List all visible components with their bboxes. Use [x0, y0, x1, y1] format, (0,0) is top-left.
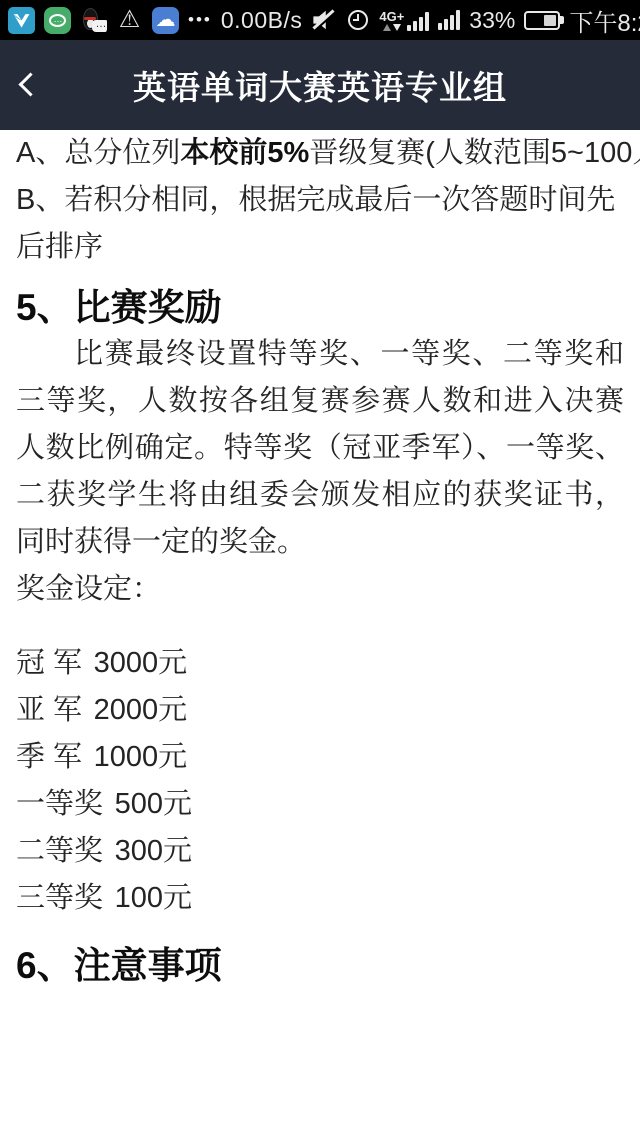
prize-rank: 亚 军: [16, 694, 82, 726]
qq-app-icon: …: [80, 7, 107, 34]
rule-a-bold-text: 本校前5%: [180, 137, 309, 169]
prize-rank: 二等奖: [16, 835, 103, 867]
prize-settings-label: 奖金设定：: [16, 566, 624, 613]
prize-description-paragraph: 比赛最终设置特等奖、一等奖、二等奖和三等奖，人数按各组复赛参赛人数和进入决赛人数…: [16, 331, 624, 566]
nav-bar: 英语单词大赛英语专业组: [0, 40, 640, 130]
network-speed-text: 0.00B/s: [221, 7, 303, 34]
prize-amount: 100元: [115, 882, 192, 914]
section-6-heading: 6、注意事项: [16, 943, 624, 989]
prize-row-third-prize: 三等奖100元: [16, 875, 624, 922]
alarm-clock-icon: [346, 8, 370, 32]
prize-amount: 300元: [115, 835, 192, 867]
rule-a-prefix: A、总分位列: [16, 137, 180, 169]
back-button[interactable]: [6, 40, 66, 130]
status-bar: … … ⚠ ☁ ••• 0.00B/s 4G+: [0, 0, 640, 40]
prize-row-second-prize: 二等奖300元: [16, 828, 624, 875]
bull-logo-glyph: [12, 11, 31, 30]
data-activity-arrows-icon: [383, 24, 401, 31]
rule-item-b: B、若积分相同，根据完成最后一次答题时间先后排序: [16, 177, 624, 271]
signal-bars-sim1-icon: [407, 12, 429, 31]
prize-rank: 冠 军: [16, 647, 82, 679]
prize-rank: 季 军: [16, 741, 82, 773]
cloud-app-icon: ☁: [152, 7, 179, 34]
chat-bubble-icon: …: [49, 14, 66, 27]
prize-row-champion: 冠 军3000元: [16, 640, 624, 687]
rule-a-suffix: 晋级复赛(人数范围5~100人）: [309, 137, 640, 169]
prize-amount: 3000元: [94, 647, 188, 679]
battery-icon: [524, 11, 560, 30]
prize-row-first-prize: 一等奖500元: [16, 781, 624, 828]
clock-time-text: 下午8:23: [569, 3, 640, 38]
chat-app-icon: …: [44, 7, 71, 34]
prize-row-third-place: 季 军1000元: [16, 734, 624, 781]
battery-percent-text: 33%: [469, 7, 515, 34]
warning-notification-icon: ⚠: [116, 7, 143, 34]
bull-logo-app-icon: [8, 7, 35, 34]
rule-item-a: A、总分位列本校前5%晋级复赛(人数范围5~100人）: [16, 130, 624, 177]
qq-message-bubble-icon: …: [92, 20, 107, 32]
network-type-label: 4G+: [379, 10, 404, 23]
qq-penguin-icon: …: [80, 7, 107, 34]
mobile-data-indicator: 4G+: [379, 10, 429, 31]
page-title: 英语单词大赛英语专业组: [133, 62, 507, 109]
prize-amount: 2000元: [94, 694, 188, 726]
prize-amount: 1000元: [94, 741, 188, 773]
prize-amount: 500元: [115, 788, 192, 820]
mute-speaker-icon: [311, 8, 337, 32]
prize-row-runner-up: 亚 军2000元: [16, 687, 624, 734]
signal-bars-sim2-icon: [438, 10, 460, 30]
more-notifications-icon: •••: [188, 10, 212, 30]
article-content: A、总分位列本校前5%晋级复赛(人数范围5~100人） B、若积分相同，根据完成…: [0, 130, 640, 989]
prize-rank: 三等奖: [16, 882, 103, 914]
prize-rank: 一等奖: [16, 788, 103, 820]
back-chevron-icon: [18, 72, 42, 96]
section-5-heading: 5、比赛奖励: [16, 285, 624, 331]
